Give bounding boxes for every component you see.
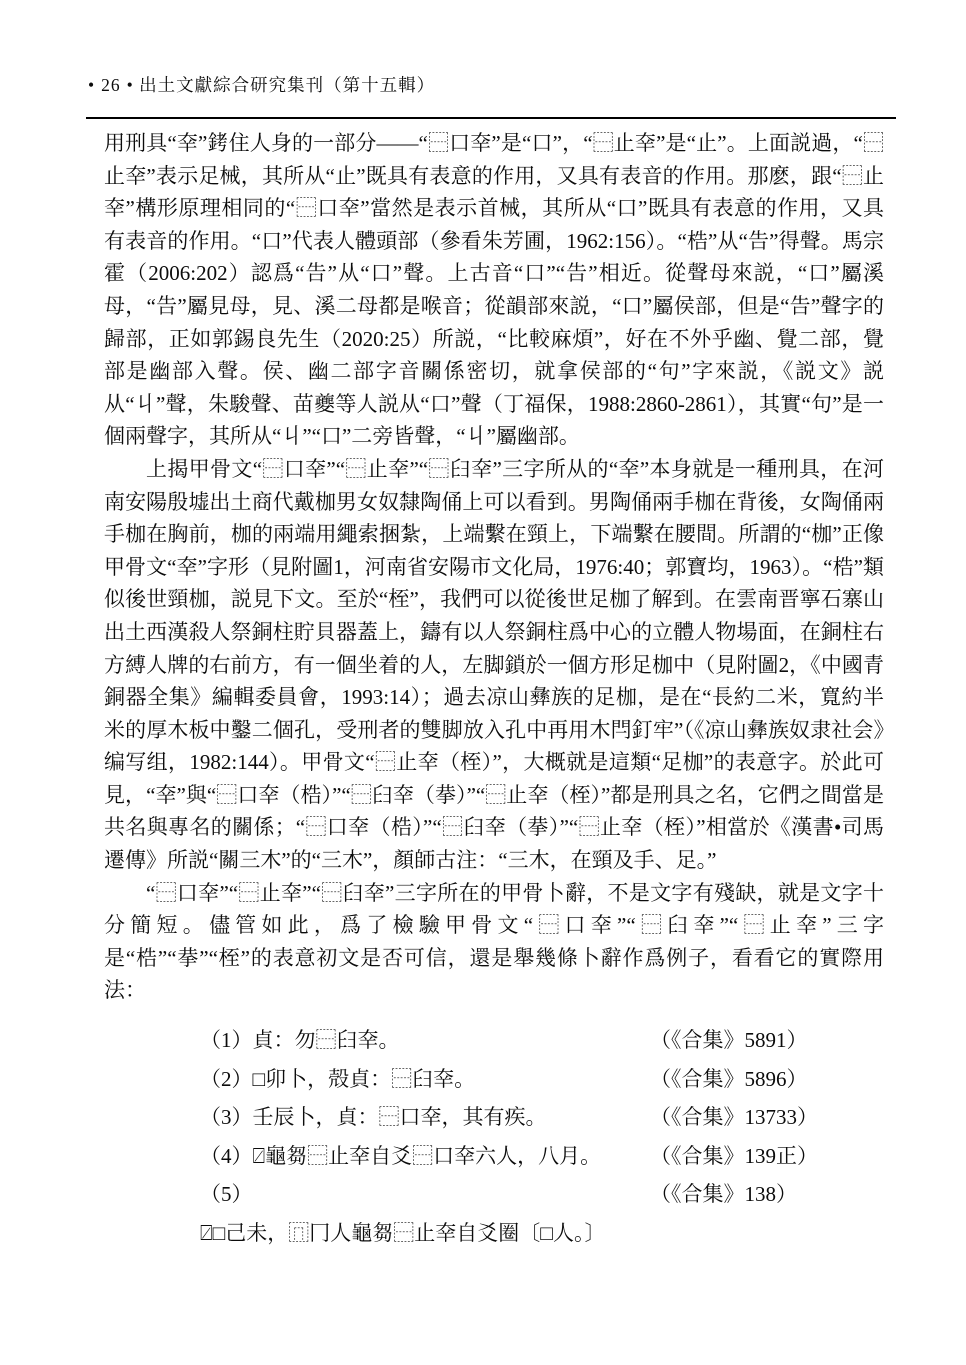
header-bullet-right: • (127, 75, 134, 95)
document-page: •26• 出土文獻綜合研究集刊（第十五輯） 用刑具“㚔”銬住人身的一部分——“⿱… (0, 0, 966, 1365)
example-text: □卯卜，殻貞：⿱𦥑㚔。 (253, 1067, 476, 1091)
citation-ref: （《合集》138） (650, 1175, 797, 1252)
example-item-5: （5）⍁□己未，⿵冂人龜芻⿱止㚔自爻圈〔□人。〕 （《合集》138） (200, 1175, 884, 1252)
example-text: ⍁龜芻⿱止㚔自爻⿱口㚔六人，八月。 (253, 1144, 602, 1168)
page-number: 26 (95, 75, 127, 95)
running-head: •26• 出土文獻綜合研究集刊（第十五輯） (88, 72, 435, 97)
citation-ref: （《合集》139正） (650, 1137, 818, 1176)
example-text: 貞：勿⿱𦥑㚔。 (253, 1028, 400, 1052)
example-number: （4） (200, 1144, 253, 1168)
example-item-3: （3）壬辰卜，貞：⿱口㚔，其有疾。 （《合集》13733） (200, 1098, 884, 1137)
citation-ref: （《合集》5896） (650, 1060, 808, 1099)
citation-ref: （《合集》13733） (650, 1098, 818, 1137)
example-number: （1） (200, 1028, 253, 1052)
example-text: 壬辰卜，貞：⿱口㚔，其有疾。 (253, 1105, 547, 1129)
oracle-inscription-examples: （1）貞：勿⿱𦥑㚔。 （《合集》5891） （2）□卯卜，殻貞：⿱𦥑㚔。 （《合… (104, 1021, 884, 1252)
example-item-1: （1）貞：勿⿱𦥑㚔。 （《合集》5891） (200, 1021, 884, 1060)
body-paragraph-1: 用刑具“㚔”銬住人身的一部分——“⿱口㚔”是“口”，“⿱止㚔”是“止”。上面説過… (104, 127, 884, 453)
example-number: （3） (200, 1105, 253, 1129)
page-body: 用刑具“㚔”銬住人身的一部分——“⿱口㚔”是“口”，“⿱止㚔”是“止”。上面説過… (104, 127, 884, 1252)
example-number: （2） (200, 1067, 253, 1091)
header-divider (86, 117, 896, 119)
example-text: ⍁□己未，⿵冂人龜芻⿱止㚔自爻圈〔□人。〕 (200, 1221, 605, 1245)
body-paragraph-3: “⿱口㚔”“⿱止㚔”“⿱𦥑㚔”三字所在的甲骨卜辭，不是文字有殘缺，就是文字十分簡… (104, 877, 884, 1007)
example-item-2: （2）□卯卜，殻貞：⿱𦥑㚔。 （《合集》5896） (200, 1060, 884, 1099)
body-paragraph-2: 上揭甲骨文“⿱口㚔”“⿱止㚔”“⿱𦥑㚔”三字所从的“㚔”本身就是一種刑具，在河南… (104, 453, 884, 877)
journal-title: 出土文獻綜合研究集刊（第十五輯） (139, 75, 435, 95)
example-number: （5） (200, 1182, 253, 1206)
example-item-4: （4）⍁龜芻⿱止㚔自爻⿱口㚔六人，八月。 （《合集》139正） (200, 1137, 884, 1176)
citation-ref: （《合集》5891） (650, 1021, 808, 1060)
